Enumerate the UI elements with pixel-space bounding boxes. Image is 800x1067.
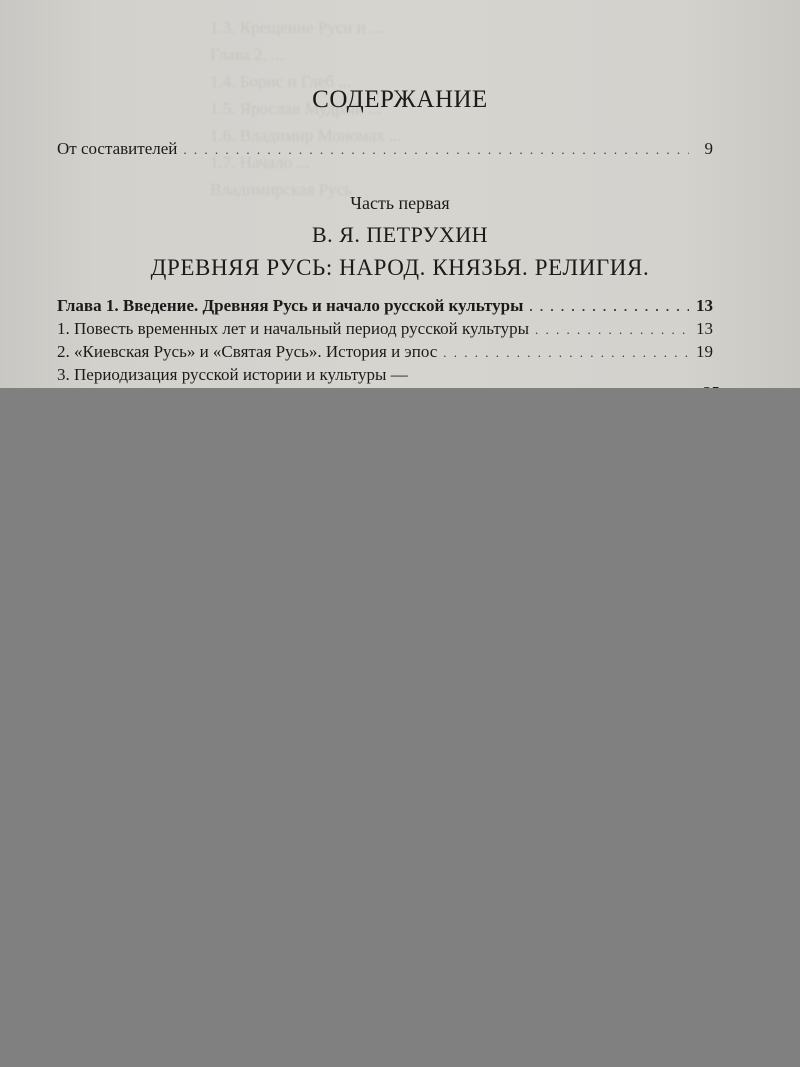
toc-entry-section: 1. Повесть временных лет и начальный пер… xyxy=(57,319,713,339)
dot-leader xyxy=(535,322,689,338)
toc-page-number: 13 xyxy=(695,319,713,339)
toc-page-number: 9 xyxy=(695,139,713,159)
toc-entry-section: 2. «Киевская Русь» и «Святая Русь». Исто… xyxy=(57,342,713,362)
toc-entry-section: 3. Периодизация русской истории и культу… xyxy=(57,365,713,385)
author-name: В. Я. ПЕТРУХИН xyxy=(0,222,800,248)
toc-entry-chapter: Глава 1. Введение. Древняя Русь и начало… xyxy=(57,296,713,316)
toc-entry-label: 1. Повесть временных лет и начальный пер… xyxy=(57,319,529,339)
toc-entry-label: Глава 1. Введение. Древняя Русь и начало… xyxy=(57,296,523,316)
toc-page-number: 19 xyxy=(695,342,713,362)
toc-entry-label: 2. «Киевская Русь» и «Святая Русь». Исто… xyxy=(57,342,437,362)
bleed-line: Глава 2. ... xyxy=(210,41,710,68)
dot-leader xyxy=(183,142,689,158)
book-page: 1.3. Крещение Руси и ... Глава 2. ... 1.… xyxy=(0,0,800,388)
dot-leader xyxy=(443,345,689,361)
toc-entry-label: От составителей xyxy=(57,139,177,159)
toc-entry-front-matter: От составителей 9 xyxy=(57,139,713,159)
toc-entry-continuation: традиция и историография xyxy=(92,386,286,388)
toc-page-number: 25 xyxy=(703,383,720,388)
section-title: ДРЕВНЯЯ РУСЬ: НАРОД. КНЯЗЬЯ. РЕЛИГИЯ. xyxy=(0,255,800,281)
part-title: Часть первая xyxy=(0,193,800,214)
bleed-line: 1.3. Крещение Руси и ... xyxy=(210,14,710,41)
toc-entry-label: 3. Периодизация русской истории и культу… xyxy=(57,365,408,385)
toc-heading: СОДЕРЖАНИЕ xyxy=(0,86,800,114)
toc-page-number: 13 xyxy=(695,296,713,316)
dot-leader xyxy=(529,299,689,315)
